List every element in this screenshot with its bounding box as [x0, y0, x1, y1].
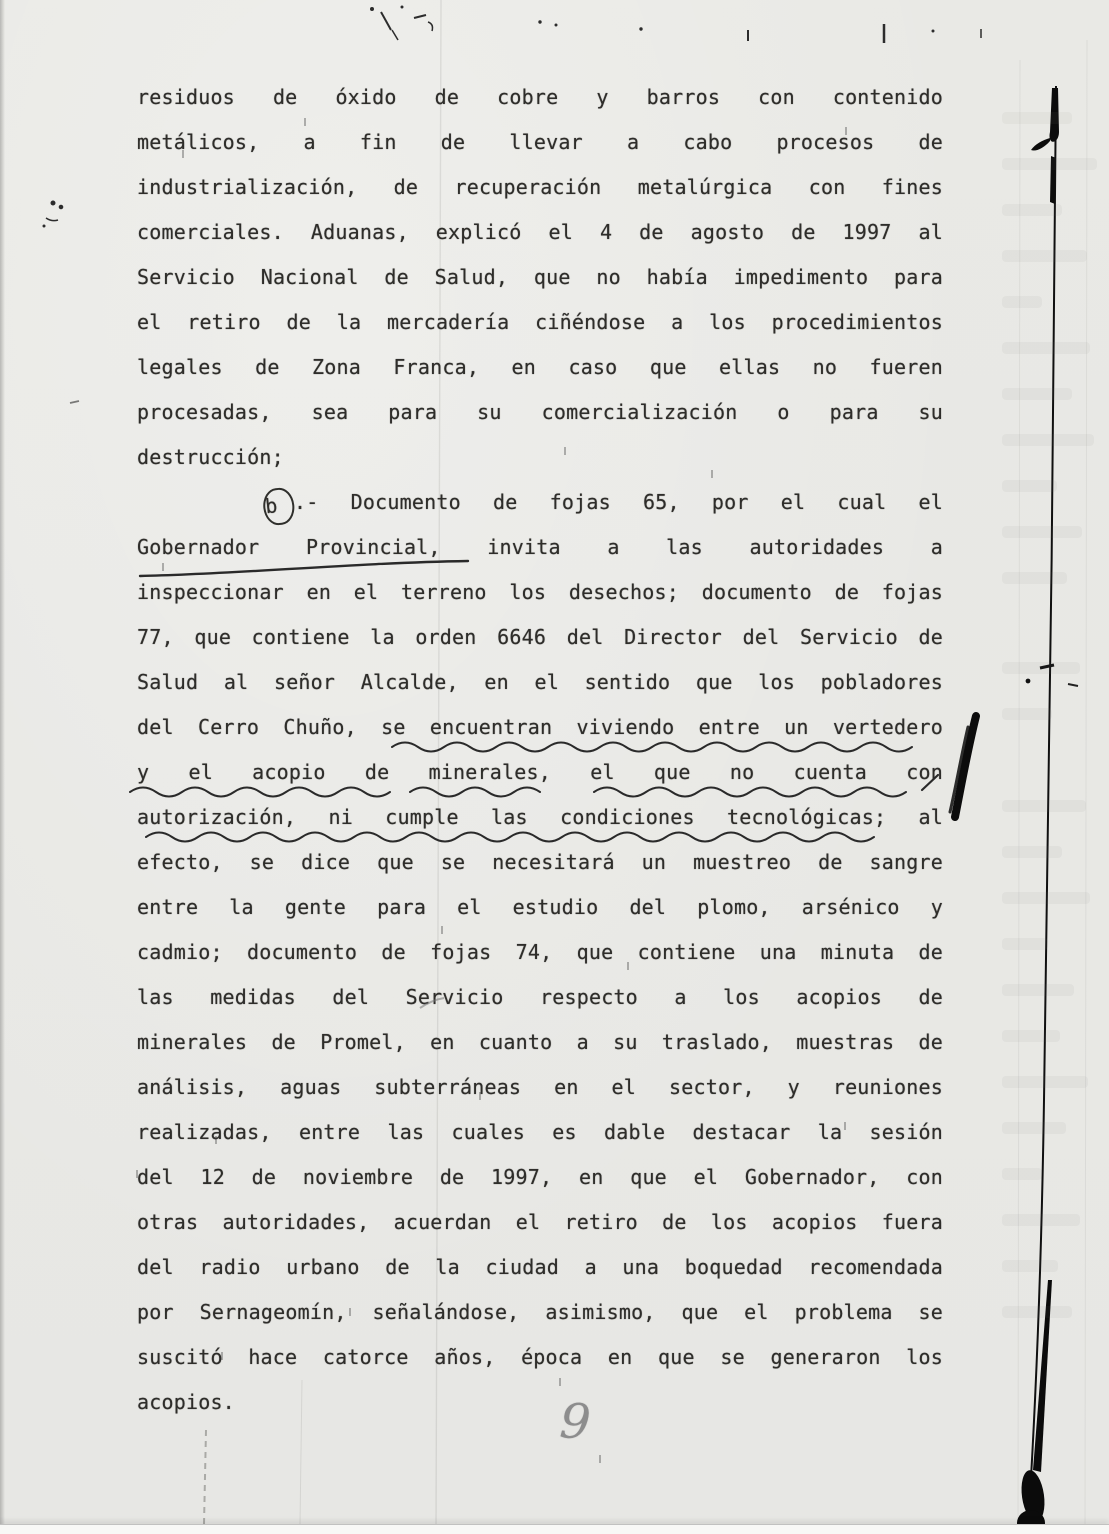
- text-line: industrialización, de recuperación metal…: [137, 165, 943, 210]
- pen-slash-mark: [950, 716, 976, 817]
- text-line: del 12 de noviembre de 1997, en que el G…: [137, 1155, 943, 1200]
- scan-bottom-edge: [0, 1524, 1109, 1534]
- text-line: comerciales. Aduanas, explicó el 4 de ag…: [137, 210, 943, 255]
- text-line: entre la gente para el estudio del plomo…: [137, 885, 943, 930]
- text-line: otras autoridades, acuerdan el retiro de…: [137, 1200, 943, 1245]
- text-line: cadmio; documento de fojas 74, que conti…: [137, 930, 943, 975]
- circled-letter-b: b: [261, 486, 296, 526]
- text-line: efecto, se dice que se necesitará un mue…: [137, 840, 943, 885]
- handwritten-page-number: 9: [558, 1393, 592, 1451]
- text-line: residuos de óxido de cobre y barros con …: [137, 75, 943, 120]
- text-line: metálicos, a fin de llevar a cabo proces…: [137, 120, 943, 165]
- text-line: Salud al señor Alcalde, en el sentido qu…: [137, 660, 943, 705]
- text-line: autorización, ni cumple las condiciones …: [137, 795, 943, 840]
- text-line: inspeccionar en el terreno los desechos;…: [137, 570, 943, 615]
- bleed-through-text: [1002, 112, 1097, 1318]
- text-line: y el acopio de minerales, el que no cuen…: [137, 750, 943, 795]
- scanned-document-page: residuos de óxido de cobre y barros con …: [0, 0, 1109, 1534]
- text-line: suscitó hace catorce años, época en que …: [137, 1335, 943, 1380]
- text-line: procesadas, sea para su comercialización…: [137, 390, 943, 435]
- text-line: destrucción;: [137, 435, 943, 480]
- pen-line: [1017, 86, 1078, 1534]
- text-line: legales de Zona Franca, en caso que ella…: [137, 345, 943, 390]
- text-line: Gobernador Provincial, invita a las auto…: [137, 525, 943, 570]
- text-line: análisis, aguas subterráneas en el secto…: [137, 1065, 943, 1110]
- text-line: del Cerro Chuño, se encuentran viviendo …: [137, 705, 943, 750]
- text-line: del radio urbano de la ciudad a una boqu…: [137, 1245, 943, 1290]
- text-line: realizadas, entre las cuales es dable de…: [137, 1110, 943, 1155]
- text-line: 77, que contiene la orden 6646 del Direc…: [137, 615, 943, 660]
- text-line: por Sernageomín, señalándose, asimismo, …: [137, 1290, 943, 1335]
- text-line: las medidas del Servicio respecto a los …: [137, 975, 943, 1020]
- text-line: minerales de Promel, en cuanto a su tras…: [137, 1020, 943, 1065]
- text-line-item-b: b.- Documento de fojas 65, por el cual e…: [137, 480, 943, 525]
- text-line: el retiro de la mercadería ciñéndose a l…: [137, 300, 943, 345]
- line-text: .- Documento de fojas 65, por el cual el: [294, 490, 943, 514]
- text-line: Servicio Nacional de Salud, que no había…: [137, 255, 943, 300]
- typewritten-text-block: residuos de óxido de cobre y barros con …: [137, 75, 943, 1425]
- text-line: acopios.: [137, 1380, 943, 1425]
